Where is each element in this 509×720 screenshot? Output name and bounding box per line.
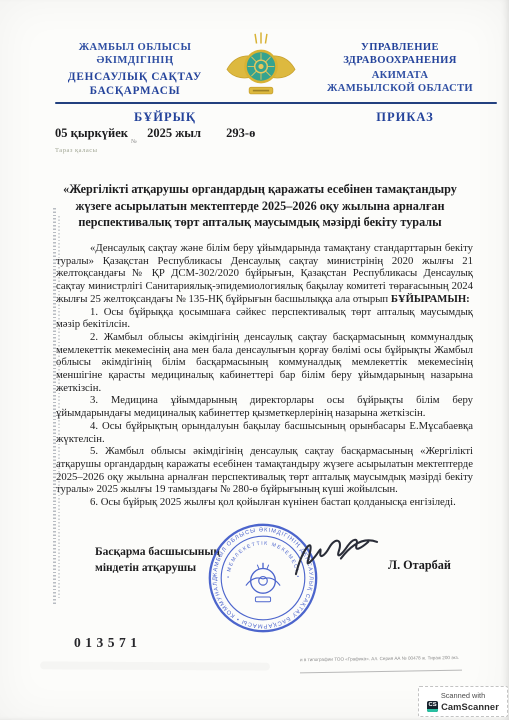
scan-smudge-artifact: [40, 661, 270, 670]
org-left-top: ЖАМБЫЛ ОБЛЫСЫ ӘКІМДІГІНІҢ: [52, 41, 218, 67]
fine-print-underline: [300, 670, 462, 674]
order-item-3: 3. Медицина ұйымдарының директорлары осы…: [56, 394, 473, 419]
signer-role: Басқарма басшысының міндетін атқарушы: [95, 545, 220, 576]
camscanner-badge: Scanned with CS CamScanner: [418, 686, 508, 717]
intro-paragraph: «Денсаулық сақтау және білім беру ұйымда…: [56, 242, 473, 306]
form-serial-number: 013571: [74, 635, 142, 651]
order-item-5: 5. Жамбыл облысы әкімдігінің денсаулық с…: [56, 445, 473, 496]
camscanner-app-name: CamScanner: [441, 702, 499, 712]
order-date: 05 қыркүйек: [55, 126, 128, 141]
printer-fine-print: и в типографии ТОО «Графика». Ал. Серия …: [300, 655, 472, 662]
org-right-bottom: АКИМАТА ЖАМБЫЛСКОЙ ОБЛАСТИ: [303, 69, 497, 95]
camscanner-logo-icon: CS: [427, 701, 438, 712]
camscanner-logo-letters: CS: [429, 703, 437, 709]
order-label-russian: ПРИКАЗ: [330, 110, 480, 125]
org-left-bottom: ДЕНСАУЛЫҚ САҚТАУ БАСҚАРМАСЫ: [52, 70, 218, 98]
order-label-kazakh: БҰЙРЫҚ: [75, 110, 255, 125]
intro-bold-word: БҰЙЫРАМЫН:: [391, 293, 470, 305]
header-divider: [55, 102, 497, 104]
org-name-kazakh: ЖАМБЫЛ ОБЛЫСЫ ӘКІМДІГІНІҢ ДЕНСАУЛЫҚ САҚТ…: [52, 41, 218, 98]
order-number: 293-ө: [226, 126, 255, 141]
org-right-top: УПРАВЛЕНИЕ ЗДРАВООХРАНЕНИЯ: [303, 41, 497, 67]
kazakhstan-coat-of-arms-icon: [224, 30, 298, 100]
order-item-4: 4. Осы бұйрықтың орындалуын бақылау басш…: [56, 420, 473, 445]
order-item-6: 6. Осы бұйрық 2025 жылғы қол қойылған кү…: [56, 496, 473, 509]
signer-name: Л. Отарбай: [388, 558, 451, 573]
svg-text:• МЕМЛЕКЕТТІК МЕКЕМЕСІ •: • МЕМЛЕКЕТТІК МЕКЕМЕСІ •: [226, 541, 301, 579]
order-year: 2025 жыл: [147, 126, 201, 141]
order-date-line: 05 қыркүйек 2025 жыл 293-ө: [55, 126, 255, 141]
order-place: Тараз қаласы: [55, 147, 98, 154]
margin-annotation-artifact: [53, 208, 56, 604]
stamp-inner-text: • МЕМЛЕКЕТТІК МЕКЕМЕСІ •: [226, 541, 301, 579]
handwritten-signature: [292, 533, 380, 587]
margin-annotation-artifact: [58, 216, 61, 600]
order-item-2: 2. Жамбыл облысы әкімдігінің денсаулық с…: [56, 331, 473, 395]
order-item-1: 1. Осы бұйрыққа қосымшаға сәйкес перспек…: [56, 306, 473, 331]
scanned-with-label: Scanned with: [441, 691, 485, 700]
scanned-order-document: ЖАМБЫЛ ОБЛЫСЫ ӘКІМДІГІНІҢ ДЕНСАУЛЫҚ САҚТ…: [0, 0, 509, 720]
document-title: «Жергілікті атқарушы органдардың қаражат…: [60, 181, 460, 231]
document-body: «Денсаулық сақтау және білім беру ұйымда…: [56, 242, 473, 509]
number-sign: №: [131, 139, 137, 145]
org-name-russian: УПРАВЛЕНИЕ ЗДРАВООХРАНЕНИЯ АКИМАТА ЖАМБЫ…: [303, 41, 497, 95]
